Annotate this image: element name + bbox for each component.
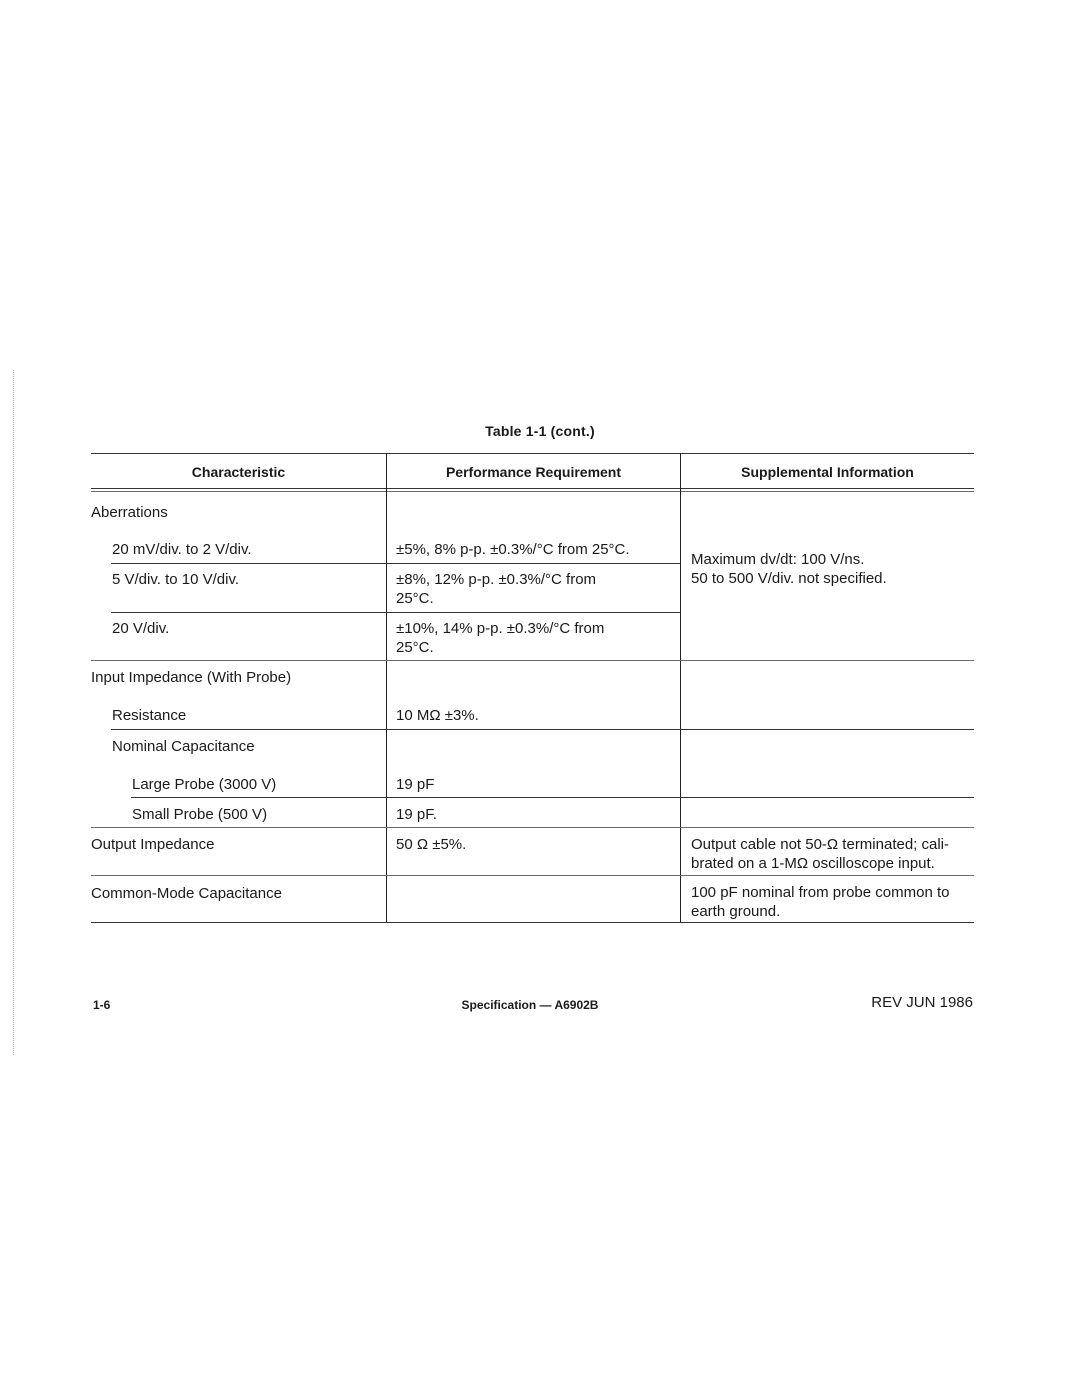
row-common-mode-capacitance: Common-Mode Capacitance xyxy=(91,884,282,903)
supp-common-mode-line2: earth ground. xyxy=(691,902,780,921)
row-nominal-capacitance: Nominal Capacitance xyxy=(112,737,255,756)
row-rule xyxy=(91,827,974,828)
supp-common-mode-line1: 100 pF nominal from probe common to xyxy=(691,883,949,902)
perf-5v-10v-line1: ±8%, 12% p-p. ±0.3%/°C from xyxy=(396,570,596,589)
perf-20v-line1: ±10%, 14% p-p. ±0.3%/°C from xyxy=(396,619,604,638)
row-output-impedance: Output Impedance xyxy=(91,835,214,854)
revision-date: REV JUN 1986 xyxy=(871,994,973,1011)
perf-small-probe: 19 pF. xyxy=(396,805,437,824)
perf-5v-10v-line2: 25°C. xyxy=(396,589,434,608)
header-rule-2 xyxy=(91,491,974,492)
row-rule xyxy=(91,660,974,661)
header-supplemental: Supplemental Information xyxy=(681,453,974,489)
header-characteristic: Characteristic xyxy=(91,453,386,489)
perf-large-probe: 19 pF xyxy=(396,775,434,794)
row-rule xyxy=(111,612,680,613)
row-resistance: Resistance xyxy=(112,706,186,725)
row-rule xyxy=(111,729,974,730)
supp-output-line1: Output cable not 50-Ω terminated; cali- xyxy=(691,835,949,854)
row-rule xyxy=(131,797,974,798)
column-divider-2 xyxy=(680,453,681,923)
perf-output-impedance: 50 Ω ±5%. xyxy=(396,835,466,854)
header-performance: Performance Requirement xyxy=(387,453,680,489)
supp-aberrations-line1: Maximum dv/dt: 100 V/ns. xyxy=(691,550,864,569)
row-rule xyxy=(111,563,680,564)
column-divider-1 xyxy=(386,453,387,923)
row-small-probe: Small Probe (500 V) xyxy=(132,805,267,824)
perf-resistance: 10 MΩ ±3%. xyxy=(396,706,479,725)
row-input-impedance: Input Impedance (With Probe) xyxy=(91,668,291,687)
table-bottom-rule xyxy=(91,922,974,923)
supp-aberrations-line2: 50 to 500 V/div. not specified. xyxy=(691,569,887,588)
row-20mv-2v: 20 mV/div. to 2 V/div. xyxy=(112,540,252,559)
table-caption: Table 1-1 (cont.) xyxy=(0,423,1080,439)
scan-artifact-line xyxy=(13,370,14,1055)
perf-20v-line2: 25°C. xyxy=(396,638,434,657)
row-rule xyxy=(91,875,974,876)
perf-20mv-2v: ±5%, 8% p-p. ±0.3%/°C from 25°C. xyxy=(396,540,630,559)
row-large-probe: Large Probe (3000 V) xyxy=(132,775,276,794)
row-20v: 20 V/div. xyxy=(112,619,169,638)
supp-output-line2: brated on a 1-MΩ oscilloscope input. xyxy=(691,854,935,873)
row-aberrations: Aberrations xyxy=(91,503,168,522)
row-5v-10v: 5 V/div. to 10 V/div. xyxy=(112,570,239,589)
